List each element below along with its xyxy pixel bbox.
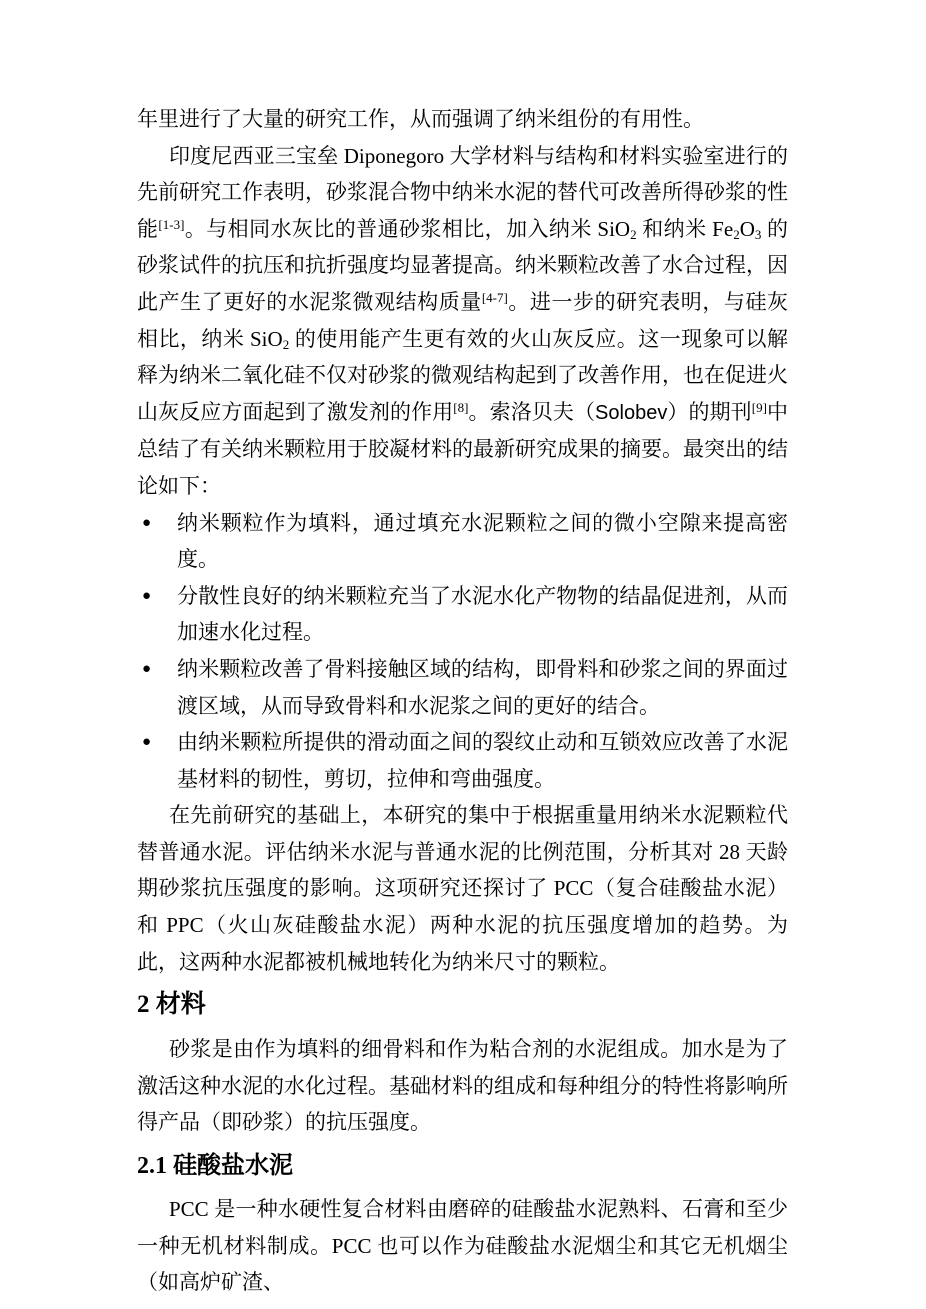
bullet-icon: ● bbox=[142, 505, 151, 542]
bullet-icon: ● bbox=[142, 578, 151, 615]
list-item-text: 分散性良好的纳米颗粒充当了水泥水化产物物的结晶促进剂，从而加速水化过程。 bbox=[177, 584, 788, 645]
section-heading-materials: 2 材料 bbox=[137, 985, 788, 1025]
section-heading-portland-cement: 2.1 硅酸盐水泥 bbox=[137, 1146, 788, 1186]
paragraph-study-focus: 在先前研究的基础上，本研究的集中于根据重量用纳米水泥颗粒代替普通水泥。评估纳米水… bbox=[137, 797, 788, 980]
paragraph-mortar-composition: 砂浆是由作为填料的细骨料和作为粘合剂的水泥组成。加水是为了激活这种水泥的水化过程… bbox=[137, 1031, 788, 1141]
list-item: ● 分散性良好的纳米颗粒充当了水泥水化产物物的结晶促进剂，从而加速水化过程。 bbox=[137, 578, 788, 651]
document-page: 年里进行了大量的研究工作，从而强调了纳米组份的有用性。 印度尼西亚三宝垒 Dip… bbox=[0, 0, 926, 1309]
list-item-text: 纳米颗粒作为填料，通过填充水泥颗粒之间的微小空隙来提高密度。 bbox=[177, 511, 788, 572]
paragraph-intro-continuation: 年里进行了大量的研究工作，从而强调了纳米组份的有用性。 bbox=[137, 101, 788, 138]
bullet-icon: ● bbox=[142, 724, 151, 761]
paragraph-prior-research: 印度尼西亚三宝垒 Diponegoro 大学材料与结构和材料实验室进行的先前研究… bbox=[137, 138, 788, 505]
list-item: ● 由纳米颗粒所提供的滑动面之间的裂纹止动和互锁效应改善了水泥基材料的韧性，剪切… bbox=[137, 724, 788, 797]
list-item: ● 纳米颗粒作为填料，通过填充水泥颗粒之间的微小空隙来提高密度。 bbox=[137, 505, 788, 578]
paragraph-pcc-description: PCC 是一种水硬性复合材料由磨碎的硅酸盐水泥熟料、石膏和至少一种无机材料制成。… bbox=[137, 1191, 788, 1301]
bullet-icon: ● bbox=[142, 651, 151, 688]
list-item: ● 纳米颗粒改善了骨料接触区域的结构，即骨料和砂浆之间的界面过渡区域，从而导致骨… bbox=[137, 651, 788, 724]
findings-bullet-list: ● 纳米颗粒作为填料，通过填充水泥颗粒之间的微小空隙来提高密度。 ● 分散性良好… bbox=[137, 505, 788, 798]
list-item-text: 由纳米颗粒所提供的滑动面之间的裂纹止动和互锁效应改善了水泥基材料的韧性，剪切，拉… bbox=[177, 730, 788, 791]
document-content: 年里进行了大量的研究工作，从而强调了纳米组份的有用性。 印度尼西亚三宝垒 Dip… bbox=[137, 101, 788, 1301]
list-item-text: 纳米颗粒改善了骨料接触区域的结构，即骨料和砂浆之间的界面过渡区域，从而导致骨料和… bbox=[177, 657, 788, 718]
